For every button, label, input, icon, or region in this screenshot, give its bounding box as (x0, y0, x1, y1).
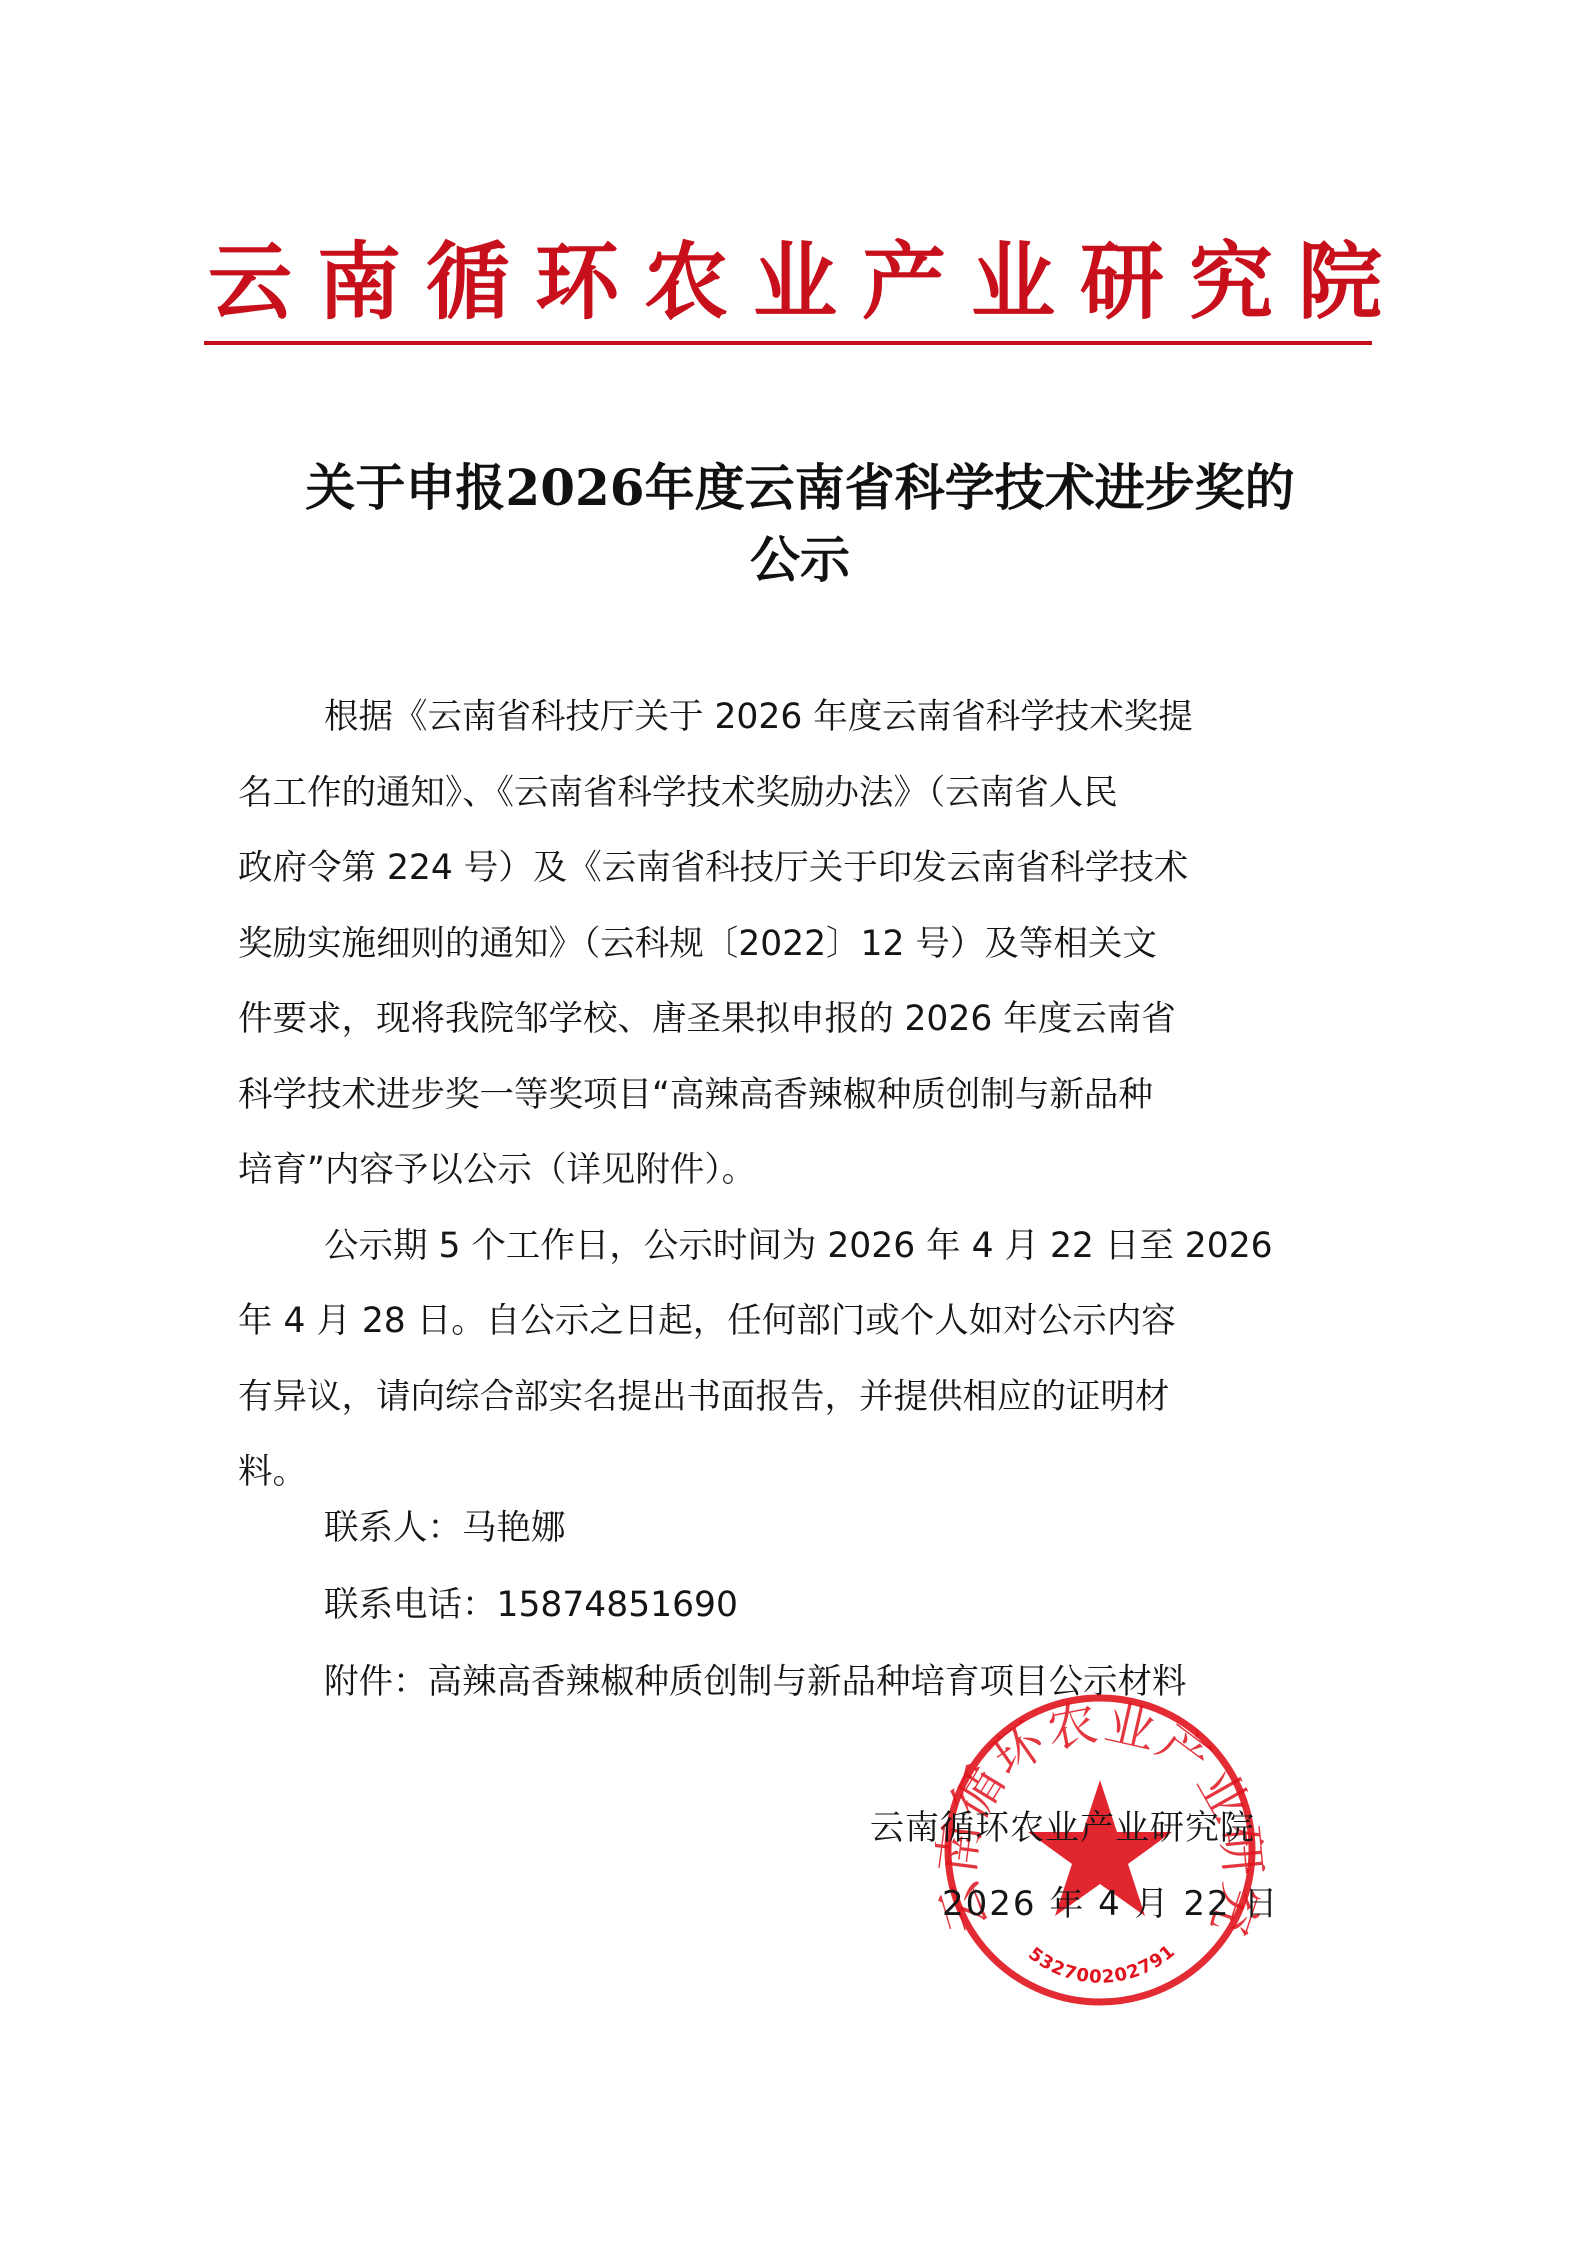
signature-block: 云南循环农业产业研究院 2026 年 4 月 22 日 (870, 1790, 1350, 1942)
paragraph-2-line: 公示期 5 个工作日，公示时间为 2026 年 4 月 22 日至 2026 (238, 1209, 1364, 1285)
title-line-1: 关于申报2026年度云南省科学技术进步奖的 (230, 452, 1370, 524)
paragraph-2-line: 年 4 月 28 日。自公示之日起，任何部门或个人如对公示内容 (238, 1284, 1364, 1360)
signature-date: 2026 年 4 月 22 日 (870, 1866, 1350, 1942)
title-line-2: 公示 (230, 524, 1370, 596)
paragraph-1-line: 政府令第 224 号）及《云南省科技厅关于印发云南省科学技术 (238, 831, 1364, 907)
letterhead-org-name: 云南循环农业产业研究院 (208, 232, 1378, 332)
letterhead-red-rule (204, 341, 1372, 345)
document-page: 云南循环农业产业研究院 关于申报2026年度云南省科学技术进步奖的 公示 根据《… (0, 0, 1586, 2245)
paragraph-1-line: 培育”内容予以公示（详见附件）。 (238, 1133, 1364, 1209)
document-body: 根据《云南省科技厅关于 2026 年度云南省科学技术奖提 名工作的通知》、《云南… (238, 680, 1364, 1511)
paragraph-1-line: 件要求，现将我院邹学校、唐圣果拟申报的 2026 年度云南省 (238, 982, 1364, 1058)
paragraph-2-line: 有异议，请向综合部实名提出书面报告，并提供相应的证明材 (238, 1360, 1364, 1436)
contact-person: 联系人：马艳娜 (324, 1490, 1187, 1567)
signature-org: 云南循环农业产业研究院 (870, 1790, 1350, 1866)
paragraph-1-line: 科学技术进步奖一等奖项目“高辣高香辣椒种质创制与新品种 (238, 1058, 1364, 1134)
paragraph-1-line: 名工作的通知》、《云南省科学技术奖励办法》（云南省人民 (238, 756, 1364, 832)
document-title: 关于申报2026年度云南省科学技术进步奖的 公示 (230, 452, 1370, 596)
contact-block: 联系人：马艳娜 联系电话：15874851690 附件：高辣高香辣椒种质创制与新… (324, 1490, 1187, 1721)
paragraph-1-line: 奖励实施细则的通知》（云科规〔2022〕12 号）及等相关文 (238, 907, 1364, 983)
paragraph-1-line: 根据《云南省科技厅关于 2026 年度云南省科学技术奖提 (238, 680, 1364, 756)
contact-phone: 联系电话：15874851690 (324, 1567, 1187, 1644)
